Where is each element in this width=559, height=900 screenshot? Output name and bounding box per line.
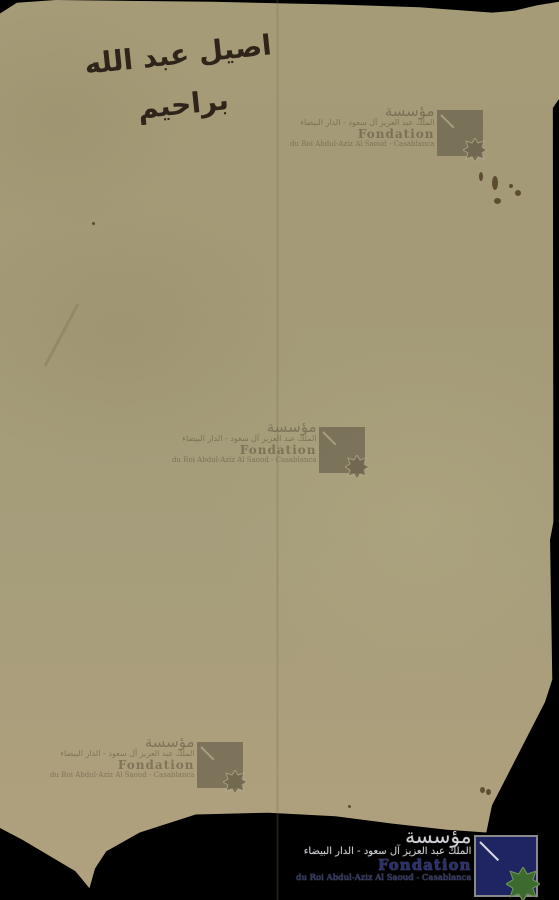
- foundation-logo-icon: [474, 835, 538, 897]
- foundation-logo-icon: [197, 742, 243, 788]
- star-icon: [506, 867, 540, 900]
- ink-stain: [494, 198, 501, 204]
- watermark-arabic-title: مؤسسة: [385, 104, 435, 119]
- watermark-french-title: Fondation: [240, 444, 317, 457]
- watermark-arabic-title: مؤسسة: [267, 420, 317, 435]
- ink-stain: [509, 184, 513, 188]
- manuscript-page: اصيل عبد الله براحيم مؤسسة الملك عبد الع…: [0, 0, 559, 900]
- watermark-bottom-brand: مؤسسة الملك عبد العزيز آل سعود - الدار ا…: [296, 826, 538, 897]
- star-icon: [223, 770, 247, 794]
- ink-stain: [492, 176, 498, 190]
- ink-stain: [515, 190, 521, 196]
- watermark-french-title: Fondation: [378, 857, 472, 874]
- ink-stain: [486, 789, 491, 795]
- watermark-middle: مؤسسة الملك عبد العزيز آل سعود - الدار ا…: [172, 420, 365, 473]
- ink-stain: [92, 222, 95, 225]
- ink-stain: [480, 787, 485, 793]
- watermark-french-subtitle: du Roi Abdul-Aziz Al Saoud - Casablanca: [50, 772, 194, 780]
- watermark-lower-left: مؤسسة الملك عبد العزيز آل سعود - الدار ا…: [50, 735, 243, 788]
- foundation-logo-icon: [319, 427, 365, 473]
- watermark-french-subtitle: du Roi Abdul-Aziz Al Saoud - Casablanca: [290, 141, 434, 149]
- watermark-french-title: Fondation: [118, 759, 195, 772]
- watermark-top: مؤسسة الملك عبد العزيز آل سعود - الدار ا…: [290, 104, 483, 156]
- ink-stain: [348, 805, 351, 808]
- watermark-french-subtitle: du Roi Abdul-Aziz Al Saoud - Casablanca: [296, 874, 471, 883]
- watermark-french-subtitle: du Roi Abdul-Aziz Al Saoud - Casablanca: [172, 457, 316, 465]
- foundation-logo-icon: [437, 110, 483, 156]
- watermark-arabic-title: مؤسسة: [145, 735, 195, 750]
- watermark-arabic-title: مؤسسة: [405, 826, 471, 846]
- watermark-french-title: Fondation: [358, 128, 435, 141]
- star-icon: [345, 455, 369, 479]
- ink-stain: [479, 172, 483, 181]
- star-icon: [463, 138, 487, 162]
